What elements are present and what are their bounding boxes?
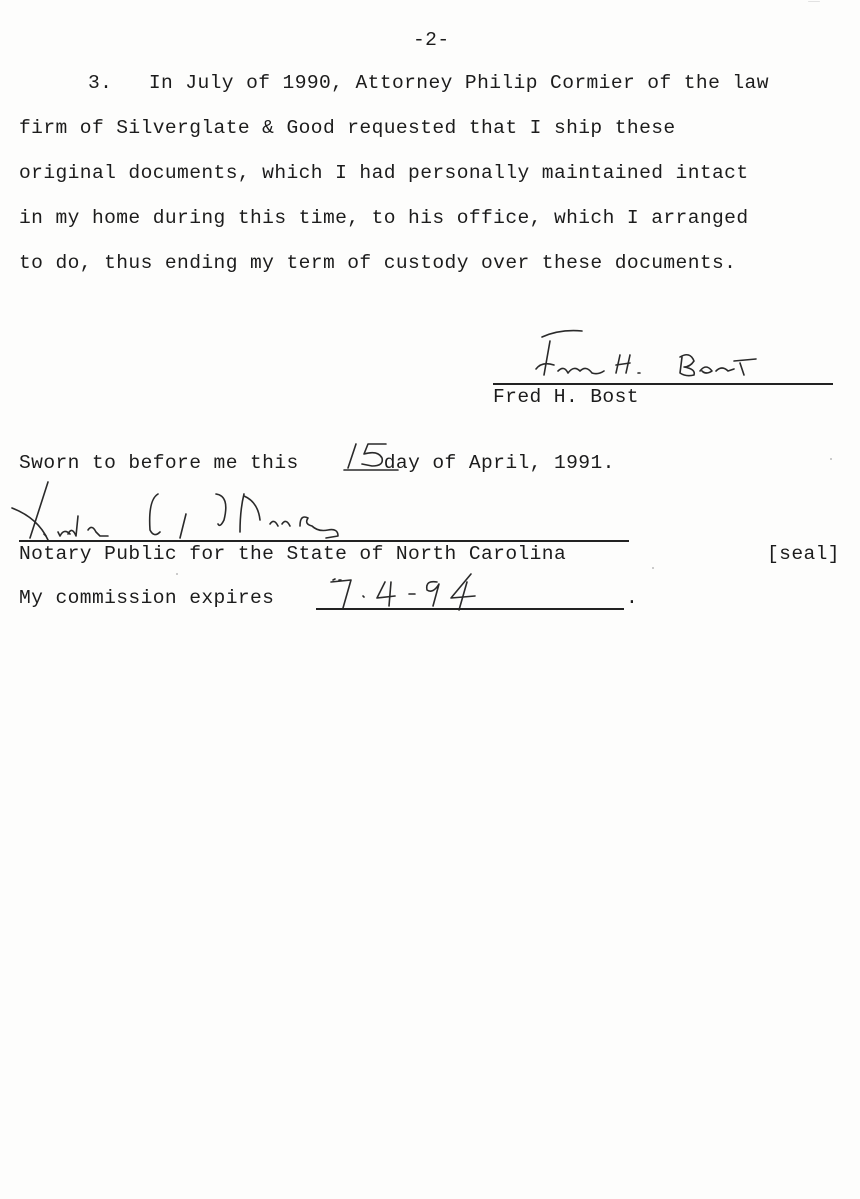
notary-signature (8, 480, 428, 542)
affiant-signature-line (493, 383, 833, 385)
scan-speck (652, 567, 654, 569)
paragraph-number: 3. (88, 72, 112, 94)
page-number: -2- (413, 31, 449, 51)
sworn-statement: Sworn to before me this day of April, 19… (19, 454, 615, 474)
scan-speck (176, 573, 178, 575)
affiant-typed-name: Fred H. Bost (493, 388, 639, 408)
seal-label: [seal] (767, 545, 840, 565)
paragraph-line: original documents, which I had personal… (19, 164, 749, 184)
paragraph-line: firm of Silverglate & Good requested tha… (19, 119, 676, 139)
paragraph-line: to do, thus ending my term of custody ov… (19, 254, 736, 274)
sworn-suffix: day of April, 1991. (384, 452, 615, 474)
commission-date-line (316, 608, 624, 610)
commission-label: My commission expires (19, 589, 274, 609)
sworn-prefix: Sworn to before me this (19, 452, 299, 474)
document-page: -2- 3. In July of 1990, Attorney Philip … (0, 0, 860, 1199)
paragraph-line: in my home during this time, to his offi… (19, 209, 749, 229)
notary-title: Notary Public for the State of North Car… (19, 545, 566, 565)
scan-speck (830, 458, 832, 460)
affiant-signature (530, 325, 770, 385)
scan-speck (808, 1, 820, 2)
paragraph-line: In July of 1990, Attorney Philip Cormier… (149, 72, 769, 94)
notary-signature-line (19, 540, 629, 542)
sworn-day-handwritten (342, 440, 400, 472)
commission-date-handwritten (325, 572, 485, 612)
commission-period: . (626, 589, 638, 609)
paragraph-first-line: 3. In July of 1990, Attorney Philip Corm… (88, 74, 769, 94)
